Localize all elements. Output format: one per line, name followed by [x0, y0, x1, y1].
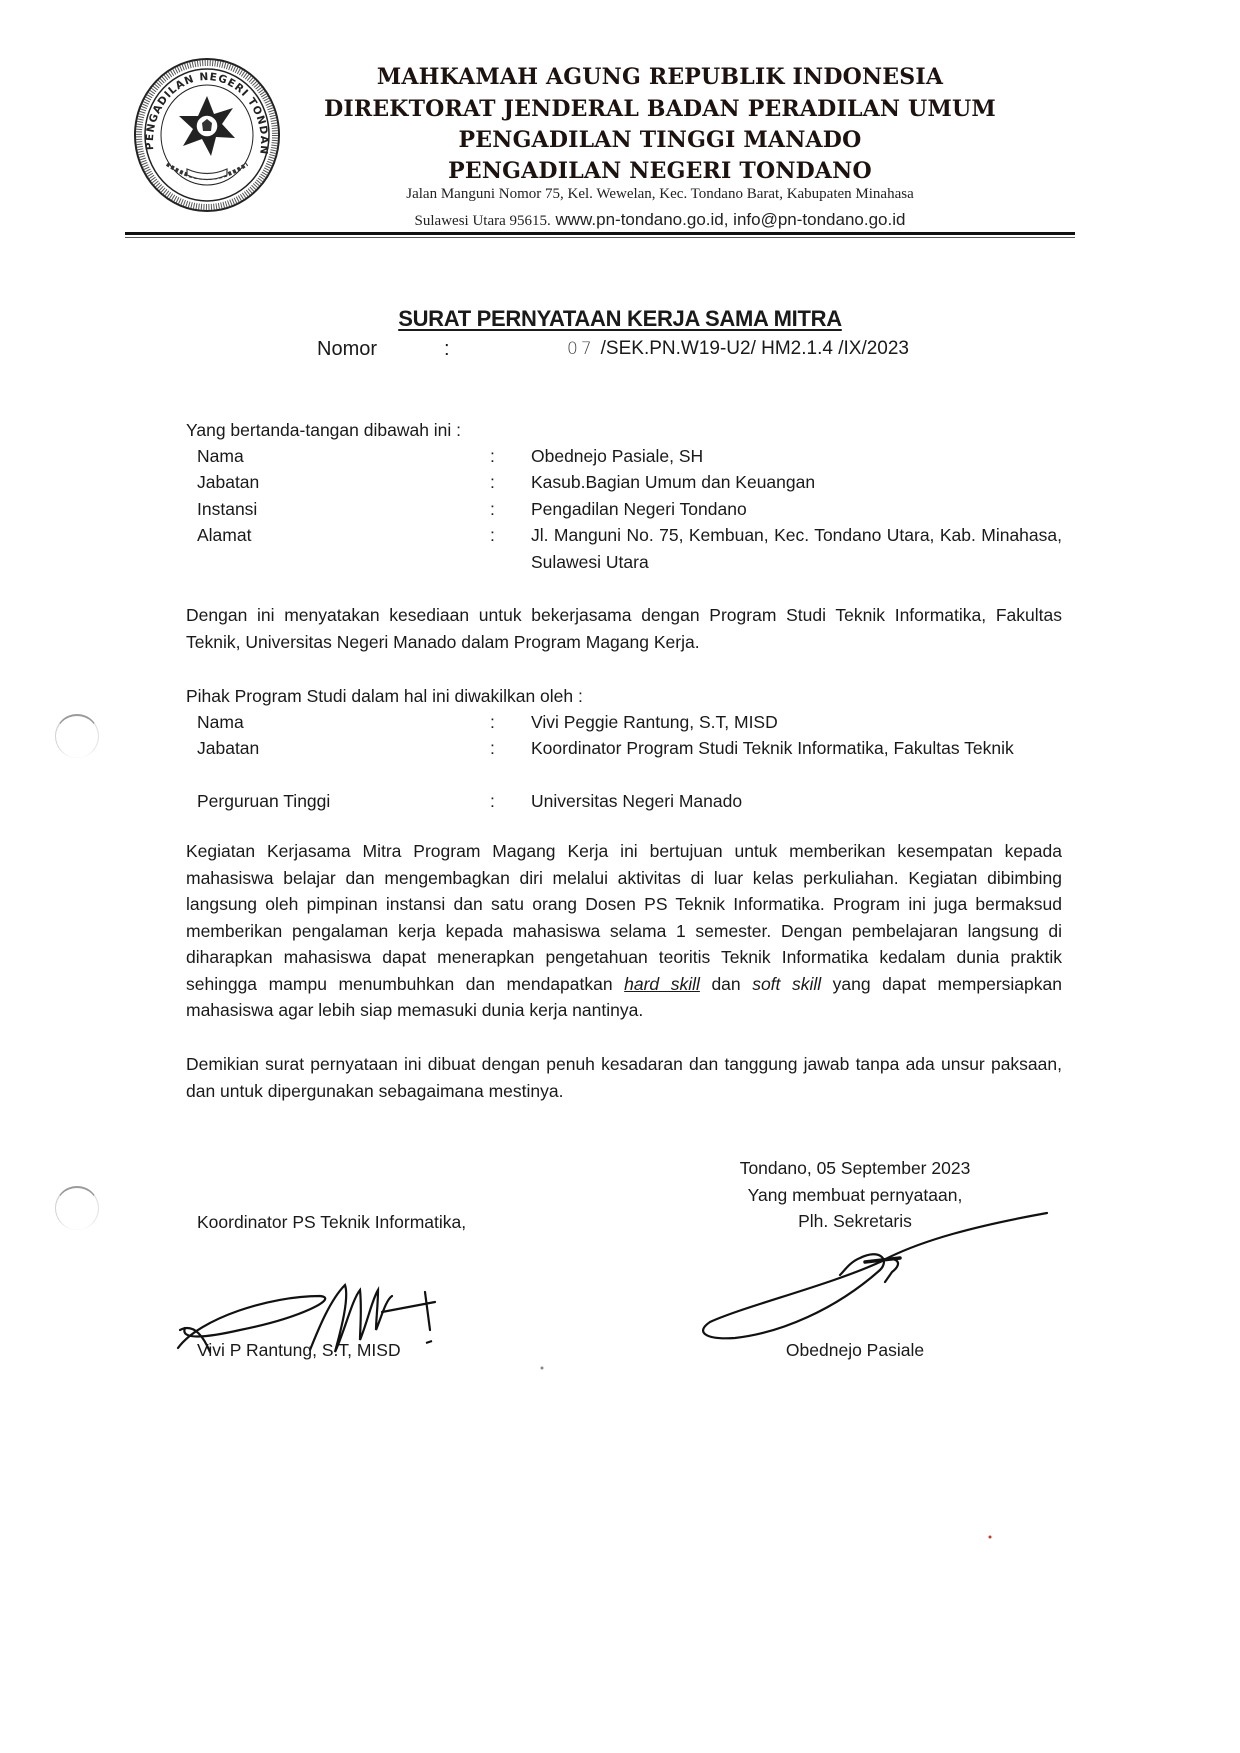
document-title: SURAT PERNYATAAN KERJA SAMA MITRA: [0, 306, 1240, 332]
signatory-name-value: Obednejo Pasiale, SH: [531, 443, 1062, 470]
purpose-text: dan: [700, 974, 752, 994]
closing-paragraph: Demikian surat pernyataan ini dibuat den…: [186, 1051, 1062, 1104]
hard-skill-term: hard skill: [624, 974, 700, 994]
coordinator-title: Koordinator PS Teknik Informatika,: [197, 1209, 466, 1236]
program-position-label: Jabatan: [197, 735, 259, 762]
purpose-text: Kegiatan Kerjasama Mitra Program Magang …: [186, 841, 1062, 994]
colon: :: [490, 496, 495, 523]
colon: :: [490, 735, 495, 762]
signatory-agency-label: Instansi: [197, 496, 257, 523]
letterhead-divider-thin: [125, 237, 1075, 238]
statement-paragraph: Dengan ini menyatakan kesediaan untuk be…: [186, 602, 1062, 655]
signatory-position-value: Kasub.Bagian Umum dan Keuangan: [531, 469, 1062, 496]
colon: :: [490, 709, 495, 736]
punch-hole-mark: [55, 1186, 99, 1230]
letterhead-line-4: PENGADILAN NEGERI TONDANO: [270, 158, 1050, 184]
nomor-reference: /SEK.PN.W19-U2/ HM2.1.4 /IX/2023: [601, 338, 909, 359]
court-emblem-icon: PENGADILAN NEGERI TONDANO: [132, 56, 282, 214]
program-name-value: Vivi Peggie Rantung, S.T, MISD: [531, 709, 1062, 736]
nomor-label: Nomor: [317, 338, 377, 361]
letterhead-address: Jalan Manguni Nomor 75, Kel. Wewelan, Ke…: [270, 186, 1050, 203]
signer-role: Yang membuat pernyataan,: [700, 1182, 1010, 1209]
purpose-paragraph: Kegiatan Kerjasama Mitra Program Magang …: [186, 838, 1062, 1024]
signatory-address-label: Alamat: [197, 522, 251, 549]
colon: :: [490, 788, 495, 815]
program-university-value: Universitas Negeri Manado: [531, 788, 1062, 815]
letterhead-divider: [125, 232, 1075, 235]
program-position-value: Koordinator Program Studi Teknik Informa…: [531, 735, 1062, 762]
colon: :: [490, 443, 495, 470]
colon: :: [490, 469, 495, 496]
signatory-name-label: Nama: [197, 443, 244, 470]
program-name-label: Nama: [197, 709, 244, 736]
letterhead-postal: Sulawesi Utara 95615.: [415, 213, 551, 229]
signatory-address-value: Jl. Manguni No. 75, Kembuan, Kec. Tondan…: [531, 522, 1062, 575]
program-university-label: Perguruan Tinggi: [197, 788, 330, 815]
letterhead-line-1: MAHKAMAH AGUNG REPUBLIK INDONESIA: [270, 64, 1050, 90]
coordinator-name: Vivi P Rantung, S.T, MISD: [197, 1337, 401, 1364]
letterhead-line-2: DIREKTORAT JENDERAL BADAN PERADILAN UMUM: [270, 96, 1050, 122]
letterhead-contact: Sulawesi Utara 95615. www.pn-tondano.go.…: [270, 210, 1050, 230]
punch-hole-mark: [55, 714, 99, 758]
letterhead-web-email: www.pn-tondano.go.id, info@pn-tondano.go…: [551, 210, 906, 229]
colon: :: [490, 522, 495, 549]
signatory-intro: Yang bertanda-tangan dibawah ini :: [186, 417, 1062, 444]
nomor-value: 07/SEK.PN.W19-U2/ HM2.1.4 /IX/2023: [567, 338, 909, 360]
nomor-handwritten: 07: [567, 339, 595, 359]
place-date: Tondano, 05 September 2023: [700, 1155, 1010, 1182]
signer-position: Plh. Sekretaris: [700, 1208, 1010, 1235]
letterhead-line-3: PENGADILAN TINGGI MANADO: [270, 127, 1050, 153]
signatory-agency-value: Pengadilan Negeri Tondano: [531, 496, 1062, 523]
signatory-position-label: Jabatan: [197, 469, 259, 496]
nomor-colon: :: [444, 338, 450, 361]
court-emblem-logo: PENGADILAN NEGERI TONDANO: [132, 56, 282, 214]
soft-skill-term: soft skill: [752, 974, 821, 994]
program-intro: Pihak Program Studi dalam hal ini diwaki…: [186, 683, 1062, 710]
signer-name: Obednejo Pasiale: [700, 1337, 1010, 1364]
